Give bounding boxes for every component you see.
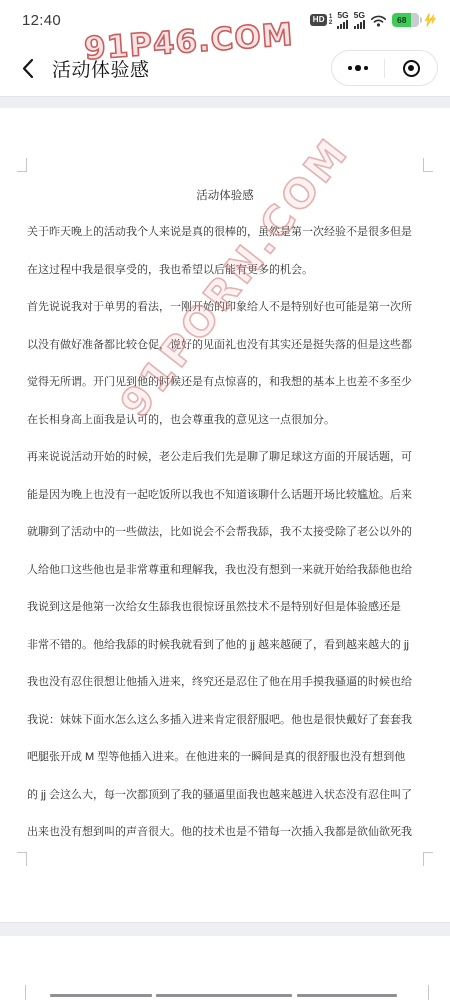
doc-text-line: 觉得无所谓。开门见到他的时候还是有点惊喜的，和我想的基本上也差不多至少 xyxy=(27,364,423,402)
back-button[interactable] xyxy=(18,54,38,83)
more-icon xyxy=(348,65,368,71)
doc-text-line: 的 jj 会这么大，每一次都顶到了我的骚逼里面我也越来越进入状态没有忍住叫了 xyxy=(27,777,423,815)
hd-badge: HD xyxy=(310,14,327,26)
document-body: 关于昨天晚上的活动我个人来说是真的很棒的，虽然是第一次经验不是很多但是 在这过程… xyxy=(27,214,423,852)
miniprogram-capsule xyxy=(331,50,438,86)
margin-corner-bottom-right xyxy=(423,852,433,866)
more-button[interactable] xyxy=(332,51,384,85)
network-type-sim2: 5G xyxy=(354,11,365,19)
signal-sim1-icon: 5G xyxy=(337,11,348,29)
table-rule-line xyxy=(156,994,292,997)
doc-text-line: 我说到这是他第一次给女生舔我也很惊讶虽然技术不是特别好但是体验感还是 xyxy=(27,589,423,627)
battery-indicator: 68 xyxy=(392,13,436,27)
hd-sim2-label: 2 xyxy=(329,20,333,27)
signal-bars-sim2-icon xyxy=(354,20,365,29)
table-rule-line xyxy=(50,994,152,997)
nav-bar: 活动体验感 xyxy=(0,40,450,96)
doc-text-line: 吧腿张开成 M 型等他插入进来。在他进来的一瞬间是真的很舒服也没有想到他 xyxy=(27,739,423,777)
status-icons: HD 1 2 5G 5G 68 xyxy=(310,11,436,29)
margin-corner-top-right xyxy=(423,158,433,172)
doc-text-line: 能是因为晚上也没有一起吃饭所以我也不知道该聊什么话题开场比较尴尬。后来 xyxy=(27,477,423,515)
doc-text-line: 我说：妹妹下面水怎么这么多插入进来肯定很舒服吧。他也是很快戴好了套套我 xyxy=(27,702,423,740)
doc-text-line: 关于昨天晚上的活动我个人来说是真的很棒的，虽然是第一次经验不是很多但是 xyxy=(27,214,423,252)
signal-bars-sim1-icon xyxy=(337,20,348,29)
page-title: 活动体验感 xyxy=(52,55,150,82)
doc-text-line: 出来也没有想到叫的声音很大。他的技术也是不错每一次插入我都是欲仙欲死我 xyxy=(27,814,423,852)
doc-text-line: 再来说说活动开始的时候，老公走后我们先是聊了聊足球这方面的开展话题，可 xyxy=(27,439,423,477)
hd-sim-numbers: 1 2 xyxy=(329,14,333,27)
hd-volte-icon: HD 1 2 xyxy=(310,14,332,27)
doc-text-line: 首先说说我对于单男的看法，一刚开始的印象给人不是特别好也可能是第一次所 xyxy=(27,289,423,327)
margin-mark-right xyxy=(428,985,429,1000)
doc-text-line: 在长相身高上面我是认可的，也会尊重我的意见这一点很加分。 xyxy=(27,402,423,440)
margin-mark-left xyxy=(25,985,26,1000)
exit-target-icon xyxy=(403,60,420,77)
page-gap-top xyxy=(0,96,450,108)
status-bar: 12:40 HD 1 2 5G 5G xyxy=(0,0,450,40)
document-page-1: 活动体验感 关于昨天晚上的活动我个人来说是真的很棒的，虽然是第一次经验不是很多但… xyxy=(0,108,450,922)
wifi-icon xyxy=(370,14,387,27)
doc-text-line: 以没有做好准备都比较仓促，说好的见面礼也没有其实还是挺失落的但是这些都 xyxy=(27,327,423,365)
battery-nub xyxy=(420,17,422,23)
status-time: 12:40 xyxy=(22,12,61,29)
battery-percent: 68 xyxy=(392,13,411,27)
document-viewer[interactable]: 活动体验感 关于昨天晚上的活动我个人来说是真的很棒的，虽然是第一次经验不是很多但… xyxy=(0,96,450,1000)
battery-icon: 68 xyxy=(392,13,419,27)
signal-sim2-icon: 5G xyxy=(354,11,365,29)
doc-text-line: 就聊到了活动中的一些做法，比如说会不会帮我舔，我不太接受除了老公以外的 xyxy=(27,514,423,552)
page-gap-between xyxy=(0,922,450,936)
table-rule-line xyxy=(297,994,397,997)
document-page-2 xyxy=(0,936,450,1000)
network-type-sim1: 5G xyxy=(337,11,348,19)
margin-corner-bottom-left xyxy=(17,852,27,866)
phone-screen: 12:40 HD 1 2 5G 5G xyxy=(0,0,450,1000)
charging-bolt-icon xyxy=(424,13,436,27)
document-title: 活动体验感 xyxy=(0,186,450,206)
back-icon xyxy=(22,58,34,79)
margin-corner-top-left xyxy=(17,158,27,172)
doc-text-line: 我也没有忍住很想让他插入进来，终究还是忍住了他在用手摸我骚逼的时候也给 xyxy=(27,664,423,702)
doc-text-line: 在这过程中我是很享受的，我也希望以后能有更多的机会。 xyxy=(27,252,423,290)
doc-text-line: 非常不错的。他给我舔的时候我就看到了他的 jj 越来越硬了，看到越来越大的 jj xyxy=(27,627,423,665)
doc-text-line: 人给他口这些他也是非常尊重和理解我，我也没有想到一来就开始给我舔他也给 xyxy=(27,552,423,590)
exit-button[interactable] xyxy=(385,51,437,85)
